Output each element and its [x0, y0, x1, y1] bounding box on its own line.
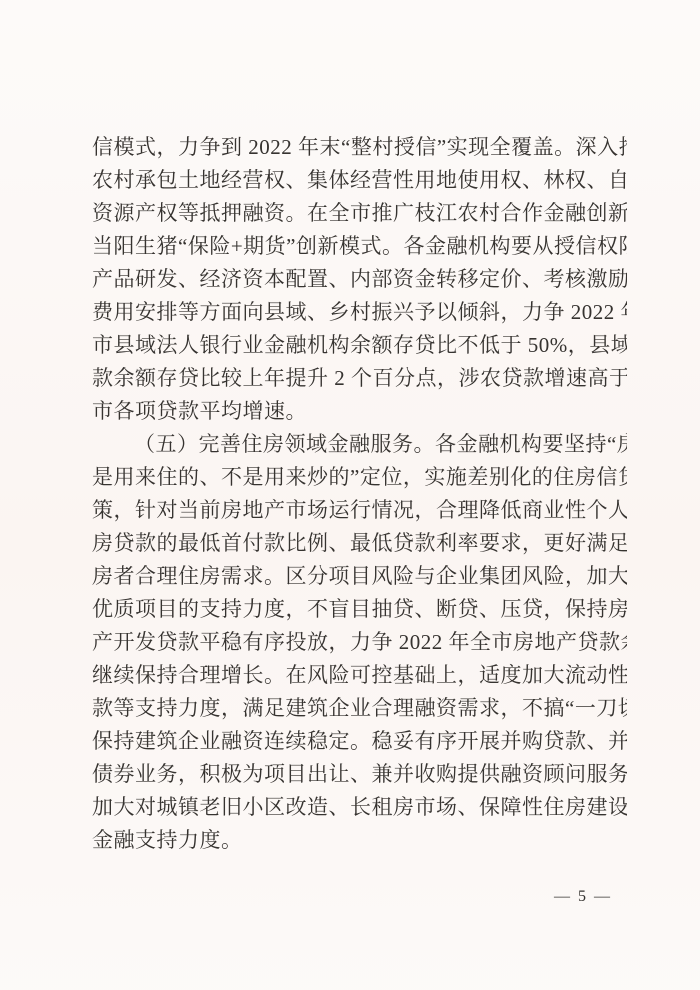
text-line: 资源产权等抵押融资。在全市推广枝江农村合作金融创新、: [92, 197, 627, 230]
text-line: 产品研发、经济资本配置、内部资金转移定价、考核激励、: [92, 263, 627, 296]
page-number: — 5 —: [554, 888, 612, 906]
text-line: 农村承包土地经营权、集体经营性用地使用权、林权、自然: [92, 164, 627, 197]
text-line: 是用来住的、不是用来炒的”定位，实施差别化的住房信贷政: [92, 461, 627, 494]
text-line: 保持建筑企业融资连续稳定。稳妥有序开展并购贷款、并购: [92, 725, 627, 758]
document-page: 信模式，力争到 2022 年末“整村授信”实现全覆盖。深入推进 农村承包土地经营…: [0, 0, 700, 990]
text-line: 继续保持合理增长。在风险可控基础上，适度加大流动性贷: [92, 659, 627, 692]
text-line: 产开发贷款平稳有序投放，力争 2022 年全市房地产贷款余额: [92, 626, 627, 659]
text-line: 房者合理住房需求。区分项目风险与企业集团风险，加大对: [92, 560, 627, 593]
text-line: 信模式，力争到 2022 年末“整村授信”实现全覆盖。深入推进: [92, 131, 627, 164]
text-line: 市县域法人银行业金融机构余额存贷比不低于 50%，县域贷: [92, 329, 627, 362]
text-line: 加大对城镇老旧小区改造、长租房市场、保障性住房建设的: [92, 791, 627, 824]
text-line: 费用安排等方面向县域、乡村振兴予以倾斜，力争 2022 年全: [92, 296, 627, 329]
text-line: 策，针对当前房地产市场运行情况，合理降低商业性个人住: [92, 494, 627, 527]
text-line: 金融支持力度。: [92, 824, 627, 857]
text-line: 债券业务，积极为项目出让、兼并收购提供融资顾问服务。: [92, 758, 627, 791]
text-line: 款等支持力度，满足建筑企业合理融资需求，不搞“一刀切”，: [92, 692, 627, 725]
text-line: 房贷款的最低首付款比例、最低贷款利率要求，更好满足购: [92, 527, 627, 560]
text-line: 款余额存贷比较上年提升 2 个百分点，涉农贷款增速高于全: [92, 362, 627, 395]
text-line: 当阳生猪“保险+期货”创新模式。各金融机构要从授信权限、: [92, 230, 627, 263]
section-heading-line: （五）完善住房领域金融服务。各金融机构要坚持“房子: [92, 428, 627, 461]
text-line: 市各项贷款平均增速。: [92, 395, 627, 428]
text-line: 优质项目的支持力度，不盲目抽贷、断贷、压贷，保持房地: [92, 593, 627, 626]
document-body: 信模式，力争到 2022 年末“整村授信”实现全覆盖。深入推进 农村承包土地经营…: [92, 131, 627, 857]
